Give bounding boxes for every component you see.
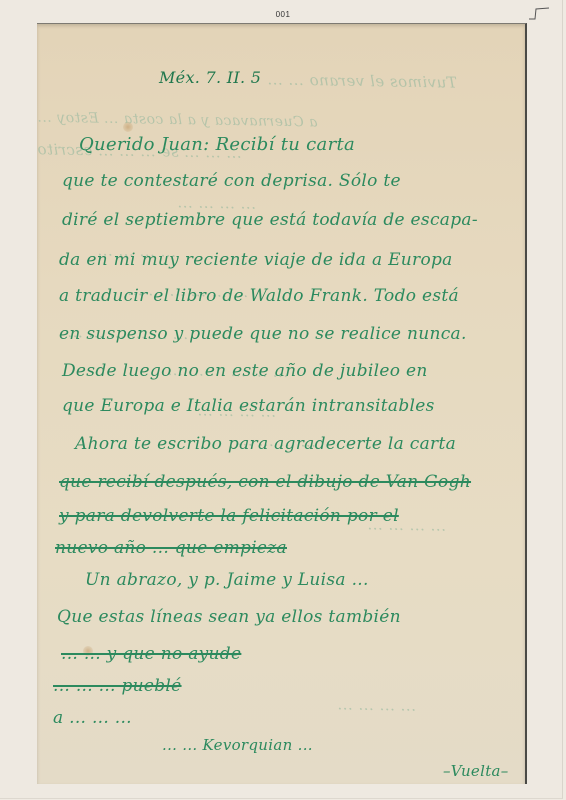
- bleed-through-line: a Cuernavaca y a la costa ... Estoy ...: [37, 110, 318, 131]
- letter-line: Ahora te escribo para agradecerte la car…: [75, 434, 456, 454]
- letter-line: Querido Juan: Recibí tu carta: [79, 134, 355, 155]
- letter-line: Desde luego no en este año de jubileo en: [62, 361, 428, 381]
- letter-line: da en mi muy reciente viaje de ida a Eur…: [59, 250, 453, 270]
- letter-signature: ... ... Kevorquian ...: [162, 736, 313, 754]
- letter-line: que recibí después, con el dibujo de Van…: [59, 472, 471, 492]
- letter-line: que te contestaré con deprisa. Sólo te: [62, 171, 401, 191]
- bleed-through-line: ... ... ... ...: [337, 695, 416, 714]
- letter-date: Méx. 7. II. 5: [159, 68, 261, 87]
- letter-line: a ... ... ...: [53, 708, 132, 728]
- letter-page: Tuvimos el verano ... ... a Cuernavaca y…: [37, 23, 527, 784]
- letter-line: Un abrazo, y p. Jaime y Luisa ...: [85, 570, 369, 590]
- corner-crop-mark-icon: [527, 6, 551, 20]
- letter-line: y para devolverte la felicitación por el: [59, 506, 399, 526]
- letter-line: ... ... y que no ayude: [61, 644, 241, 664]
- letter-line: ... ... ... pueblé: [53, 676, 182, 696]
- letter-line: que Europa e Italia estarán intransitabl…: [62, 396, 435, 416]
- bleed-through-line: Tuvimos el verano ... ...: [267, 70, 457, 91]
- letter-line: en suspenso y puede que no se realice nu…: [59, 324, 467, 344]
- letter-line: diré el septiembre que está todavía de e…: [62, 210, 478, 230]
- letter-line: a traducir el libro de Waldo Frank. Todo…: [59, 286, 459, 306]
- letter-line: Que estas líneas sean ya ellos también: [57, 607, 401, 627]
- continued-note: –Vuelta–: [443, 762, 509, 780]
- ink-stain: [123, 122, 133, 132]
- letter-line: nuevo año ... que empieza: [55, 538, 287, 558]
- page-number: 001: [0, 10, 566, 19]
